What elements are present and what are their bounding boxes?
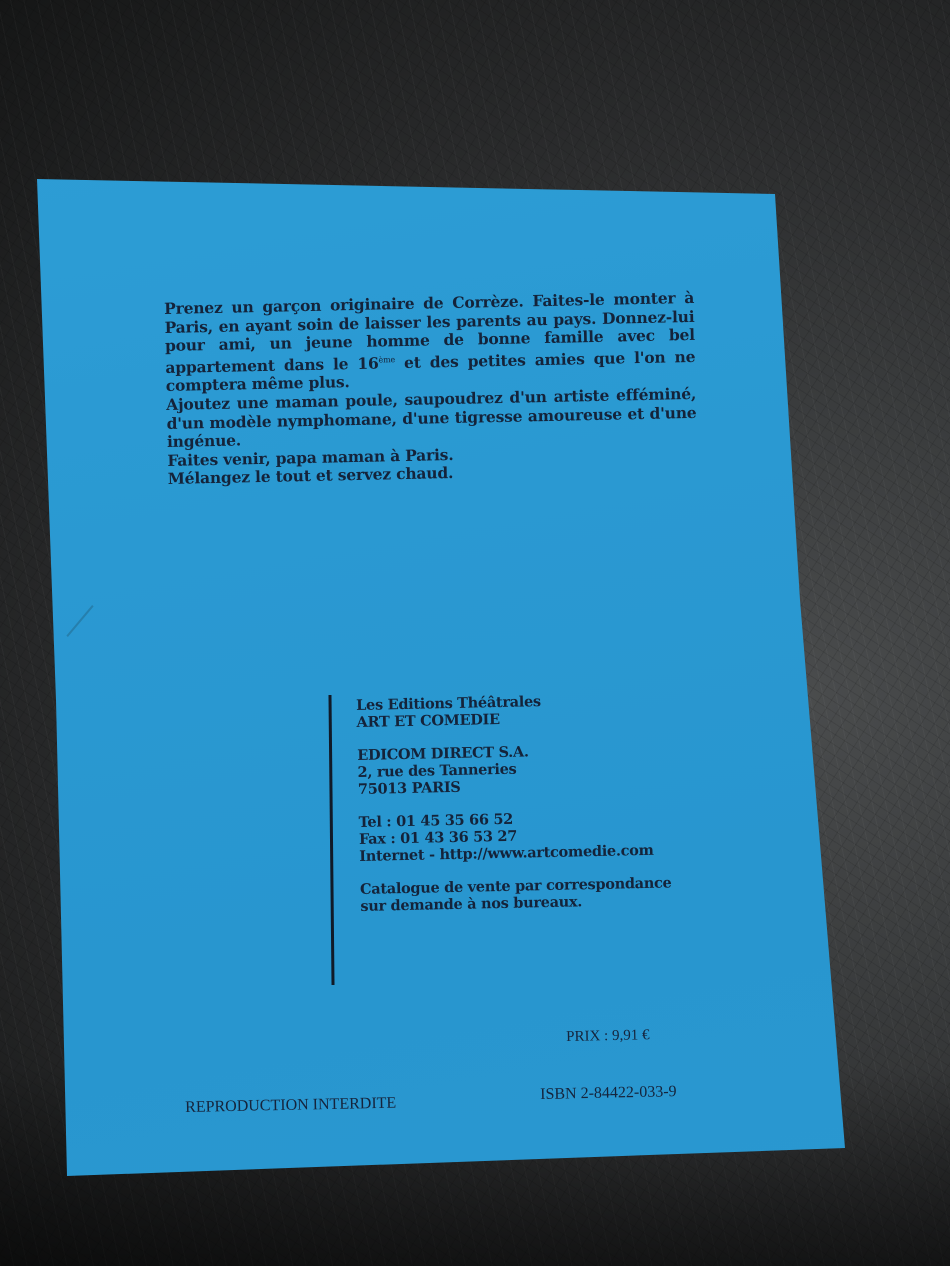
imprint-block: Les Editions Théâtrales ART ET COMEDIE <box>356 690 697 731</box>
contact-block: Tel : 01 45 35 66 52 Fax : 01 43 36 53 2… <box>358 807 699 865</box>
paper-mark <box>66 605 93 637</box>
address-block: EDICOM DIRECT S.A. 2, rue des Tanneries … <box>357 740 698 798</box>
publisher-info: Les Editions Théâtrales ART ET COMEDIE E… <box>356 690 701 931</box>
price-label: PRIX : 9,91 € <box>566 1027 650 1046</box>
vertical-rule <box>328 695 334 985</box>
isbn-label: ISBN 2-84422-033-9 <box>540 1083 677 1104</box>
reproduction-notice: REPRODUCTION INTERDITE <box>185 1095 396 1117</box>
blurb-paragraph-1: Prenez un garçon originaire de Corrèze. … <box>164 289 696 396</box>
blurb-superscript: ème <box>378 355 395 364</box>
back-cover-blurb: Prenez un garçon originaire de Corrèze. … <box>164 289 698 489</box>
catalogue-block: Catalogue de vente par correspondance su… <box>360 874 701 915</box>
